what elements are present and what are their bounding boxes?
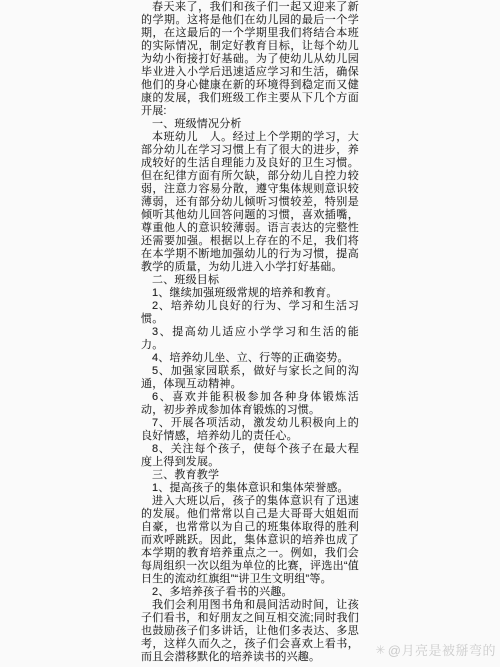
goal-item-5: 5、加强家园联系，做好与家长之间的沟通，体现互动精神。 xyxy=(141,365,359,391)
goal-item-2: 2、培养幼儿良好的行为、学习和生活习惯。 xyxy=(141,300,359,326)
class-analysis-paragraph: 本班幼儿 人。经过上个学期的学习，大部分幼儿在学习习惯上有了很大的进步，养成较好… xyxy=(141,131,359,274)
goal-item-7: 7、开展各项活动，激发幼儿积极向上的良好情感，培养幼儿的责任心。 xyxy=(141,417,359,443)
sparkle-icon: ✳ xyxy=(375,644,386,656)
goal-item-6: 6、喜欢并能积极参加各种身体锻炼活动，初步养成参加体育锻炼的习惯。 xyxy=(141,391,359,417)
watermark-text: @月亮是被掰弯的 xyxy=(388,640,496,659)
goal-item-1: 1、继续加强班级常规的培养和教育。 xyxy=(141,287,359,300)
document-text-column: 春天来了，我们和孩子们一起又迎来了新的学期。这将是他们在幼儿园的最后一个学期，在… xyxy=(141,1,359,664)
section-heading-2: 二、班级目标 xyxy=(141,274,359,287)
intro-paragraph: 春天来了，我们和孩子们一起又迎来了新的学期。这将是他们在幼儿园的最后一个学期，在… xyxy=(141,1,359,118)
teaching-item-2: 2、多培养孩子看书的兴趣。 xyxy=(141,586,359,599)
goal-item-3: 3、提高幼儿适应小学学习和生活的能力。 xyxy=(141,326,359,352)
watermark: ✳ @月亮是被掰弯的 xyxy=(375,640,496,659)
collective-spirit-paragraph: 进入大班以后，孩子的集体意识有了迅速的发展。他们常常以自己是大哥哥大姐姐而自豪，… xyxy=(141,495,359,586)
goal-item-8: 8、关注每个孩子，使每个孩子在最大程度上得到发展。 xyxy=(141,443,359,469)
goal-item-4: 4、培养幼儿坐、立、行等的正确姿势。 xyxy=(141,352,359,365)
section-heading-1: 一、班级情况分析 xyxy=(141,118,359,131)
teaching-item-1: 1、提高孩子的集体意识和集体荣誉感。 xyxy=(141,482,359,495)
reading-interest-paragraph: 我们会利用图书角和晨间活动时间，让孩子们看书，和好朋友之间互相交流;同时我们也鼓… xyxy=(141,599,359,664)
section-heading-3: 三、教育教学 xyxy=(141,469,359,482)
document-page: 春天来了，我们和孩子们一起又迎来了新的学期。这将是他们在幼儿园的最后一个学期，在… xyxy=(0,0,500,667)
